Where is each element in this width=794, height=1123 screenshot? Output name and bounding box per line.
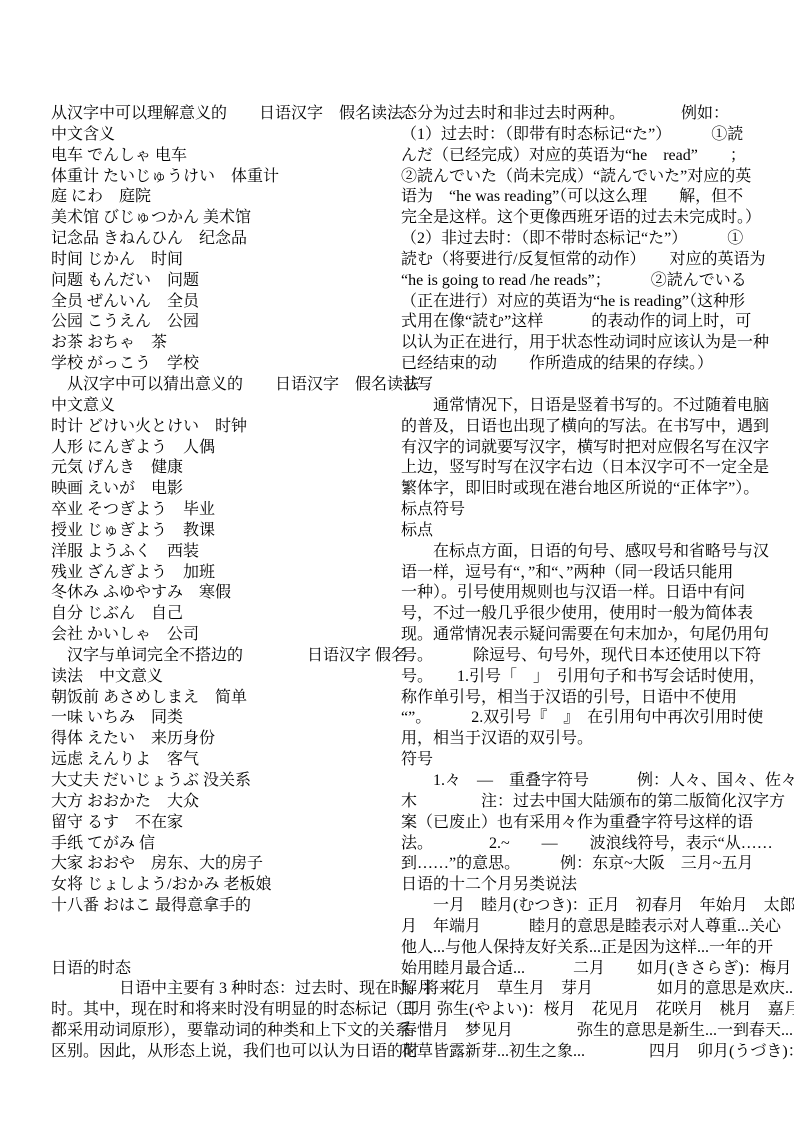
text-line: 书写 (401, 375, 761, 396)
text-line: 都采用动词原形），要靠动词的种类和上下文的关系 (51, 1021, 396, 1042)
text-line: 中文含义 (51, 125, 396, 146)
text-line: 号。 1.引号「 」 引用句子和书写会话时使用， (401, 667, 761, 688)
text-line: 三月 弥生(やよい)：桜月 花见月 花咲月 桃月 嘉月 (401, 1000, 761, 1021)
text-line: 映画 えいが 电影 (51, 479, 396, 500)
text-line: 手纸 てがみ 信 (51, 834, 396, 855)
text-line: 学校 がっこう 学校 (51, 354, 396, 375)
text-line: 时。其中，现在时和将来时没有明显的时态标记（即 (51, 1000, 396, 1021)
text-line: 读法 中文意义 (51, 667, 396, 688)
text-line: 语一样，逗号有“，”和“、”两种（同一段话只能用 (401, 563, 761, 584)
text-line: 以认为正在进行，用于状态性动词时应该认为是一种 (401, 333, 761, 354)
text-line: 通常情况下，日语是竖着书写的。不过随着电脑 (401, 396, 761, 417)
text-line: 日语中主要有 3 种时态：过去时、现在时、将来 (51, 979, 396, 1000)
text-line: 読む（将要进行/反复恒常的动作） 对应的英语为 (401, 250, 761, 271)
text-line: 花草皆露新芽...初生之象... 四月 卯月(うづき)： (401, 1042, 761, 1063)
text-line: 公园 こうえん 公园 (51, 312, 396, 333)
document-page: 从汉字中可以理解意义的 日语汉字 假名读法中文含义电车 でんしゃ 电车体重计 た… (0, 0, 794, 1123)
text-line: 木 注：过去中国大陆颁布的第二版简化汉字方 (401, 792, 761, 813)
text-line: 有汉字的词就要写汉字，横写时把对应假名写在汉字 (401, 438, 761, 459)
text-line: 时间 じかん 时间 (51, 250, 396, 271)
text-line: 人形 にんぎよう 人偶 (51, 438, 396, 459)
text-line: 式用在像“読む”这样 的表动作的词上时，可 (401, 312, 761, 333)
text-line: 全员 ぜんいん 全员 (51, 292, 396, 313)
text-line: ②読んでいた（尚未完成）“読んでいた”对应的英 (401, 167, 761, 188)
text-line: 中文意义 (51, 396, 396, 417)
text-line: 语为 “he was reading”（可以这么理 解，但不 (401, 187, 761, 208)
document-column-left: 从汉字中可以理解意义的 日语汉字 假名读法中文含义电车 でんしゃ 电车体重计 た… (51, 104, 396, 1063)
text-line: 远虑 えんりよ 客气 (51, 750, 396, 771)
text-line: 元気 げんき 健康 (51, 458, 396, 479)
text-line: 称作单引号，相当于汉语的引号，日语中不使用 (401, 688, 761, 709)
text-line: 汉字与单词完全不搭边的 日语汉字 假名 (51, 646, 396, 667)
document-column-right: 态分为过去时和非过去时两种。 例如：（1）过去时：（即带有时态标记“た”） ①読… (401, 104, 761, 1063)
text-line: 得体 えたい 来历身份 (51, 729, 396, 750)
text-line: 区别。因此，从形态上说，我们也可以认为日语的时 (51, 1042, 396, 1063)
text-line: 美术馆 びじゅつかん 美术馆 (51, 208, 396, 229)
text-line: 从汉字中可以理解意义的 日语汉字 假名读法 (51, 104, 396, 125)
text-line: 案（已废止）也有采用々作为重叠字符号这样的语 (401, 813, 761, 834)
text-line (51, 917, 396, 938)
text-line: 卒业 そつぎよう 毕业 (51, 500, 396, 521)
text-line: 庭 にわ 庭院 (51, 187, 396, 208)
text-line: 大丈夫 だいじょうぶ 没关系 (51, 771, 396, 792)
text-line: 完全是这样。这个更像西班牙语的过去未完成时。） (401, 208, 761, 229)
text-line: 十八番 おはこ 最得意拿手的 (51, 896, 396, 917)
text-line: 问题 もんだい 问题 (51, 271, 396, 292)
text-line: （正在进行）对应的英语为“he is reading”（这种形 (401, 292, 761, 313)
text-line: 洋服 ようふく 西装 (51, 542, 396, 563)
text-line: 已经结束的动 作所造成的结果的存续。） (401, 354, 761, 375)
text-line: 在标点方面，日语的句号、感叹号和省略号与汉 (401, 542, 761, 563)
text-line: 态分为过去时和非过去时两种。 例如： (401, 104, 761, 125)
text-line: 标点 (401, 521, 761, 542)
text-line (51, 938, 396, 959)
text-line: “”。 2.双引号『 』 在引用句中再次引用时使 (401, 708, 761, 729)
text-line: 号。 除逗号、句号外，现代日本还使用以下符 (401, 646, 761, 667)
text-line: 电车 でんしゃ 电车 (51, 146, 396, 167)
text-line: 用，相当于汉语的双引号。 (401, 729, 761, 750)
text-line: 的普及，日语也出现了横向的写法。在书写中，遇到 (401, 417, 761, 438)
text-line: 女将 じょしよう/おかみ 老板娘 (51, 875, 396, 896)
text-line: 自分 じぶん 自己 (51, 604, 396, 625)
text-line: 现。通常情况表示疑问需要在句末加か，句尾仍用句 (401, 625, 761, 646)
text-line: 到……”的意思。 例：东京~大阪 三月~五月 (401, 854, 761, 875)
text-line: 月 年端月 睦月的意思是睦表示对人尊重...关心 (401, 917, 761, 938)
text-line: 1.々 — 重叠字符号 例：人々、国々、佐々 (401, 771, 761, 792)
text-line: 号，不过一般几乎很少使用，使用时一般为简体表 (401, 604, 761, 625)
text-line: 法。 2.~ — 波浪线符号，表示“从…… (401, 834, 761, 855)
text-line: 一味 いちみ 同类 (51, 708, 396, 729)
text-line: 日语的十二个月另类说法 (401, 875, 761, 896)
text-line: 时计 どけい火とけい 时钟 (51, 417, 396, 438)
text-line: お茶 おちゃ 茶 (51, 333, 396, 354)
text-line: 符号 (401, 750, 761, 771)
text-line: 春惜月 梦见月 弥生的意思是新生...一到春天... (401, 1021, 761, 1042)
text-line: 解月 花月 草生月 芽月 如月的意思是欢庆... (401, 979, 761, 1000)
text-line: 授业 じゅぎよう 教课 (51, 521, 396, 542)
text-line: 大方 おおかた 大众 (51, 792, 396, 813)
text-line: 他人...与他人保持友好关系...正是因为这样...一年的开 (401, 938, 761, 959)
text-line: 日语的时态 (51, 959, 396, 980)
text-line: 始用睦月最合适... 二月 如月(きさらぎ)：梅月 (401, 959, 761, 980)
text-line: 一月 睦月(むつき)：正月 初春月 年始月 太郎 (401, 896, 761, 917)
text-line: んだ（已经完成）对应的英语为“he read” ； (401, 146, 761, 167)
text-line: 上边，竖写时写在汉字右边（日本汉字可不一定全是 (401, 458, 761, 479)
text-line: 残业 ざんぎよう 加班 (51, 563, 396, 584)
text-line: 大家 おおや 房东、大的房子 (51, 854, 396, 875)
text-line: 会社 かいしゃ 公司 (51, 625, 396, 646)
text-line: 从汉字中可以猜出意义的 日语汉字 假名读法 (51, 375, 396, 396)
text-line: （1）过去时：（即带有时态标记“た”） ①読 (401, 125, 761, 146)
text-line: “he is going to read /he reads”； ②読んでいる (401, 271, 761, 292)
text-line: 繁体字，即旧时或现在港台地区所说的“正体字”）。 (401, 479, 761, 500)
text-line: 冬休み ふゆやすみ 寒假 (51, 583, 396, 604)
text-line: 朝饭前 あさめしまえ 简单 (51, 688, 396, 709)
text-line: 标点符号 (401, 500, 761, 521)
text-line: 体重计 たいじゅうけい 体重计 (51, 167, 396, 188)
text-line: 留守 るす 不在家 (51, 813, 396, 834)
text-line: （2）非过去时：（即不带时态标记“た”） ① (401, 229, 761, 250)
text-line: 一种）。引号使用规则也与汉语一样。日语中有问 (401, 583, 761, 604)
text-line: 记念品 きねんひん 纪念品 (51, 229, 396, 250)
